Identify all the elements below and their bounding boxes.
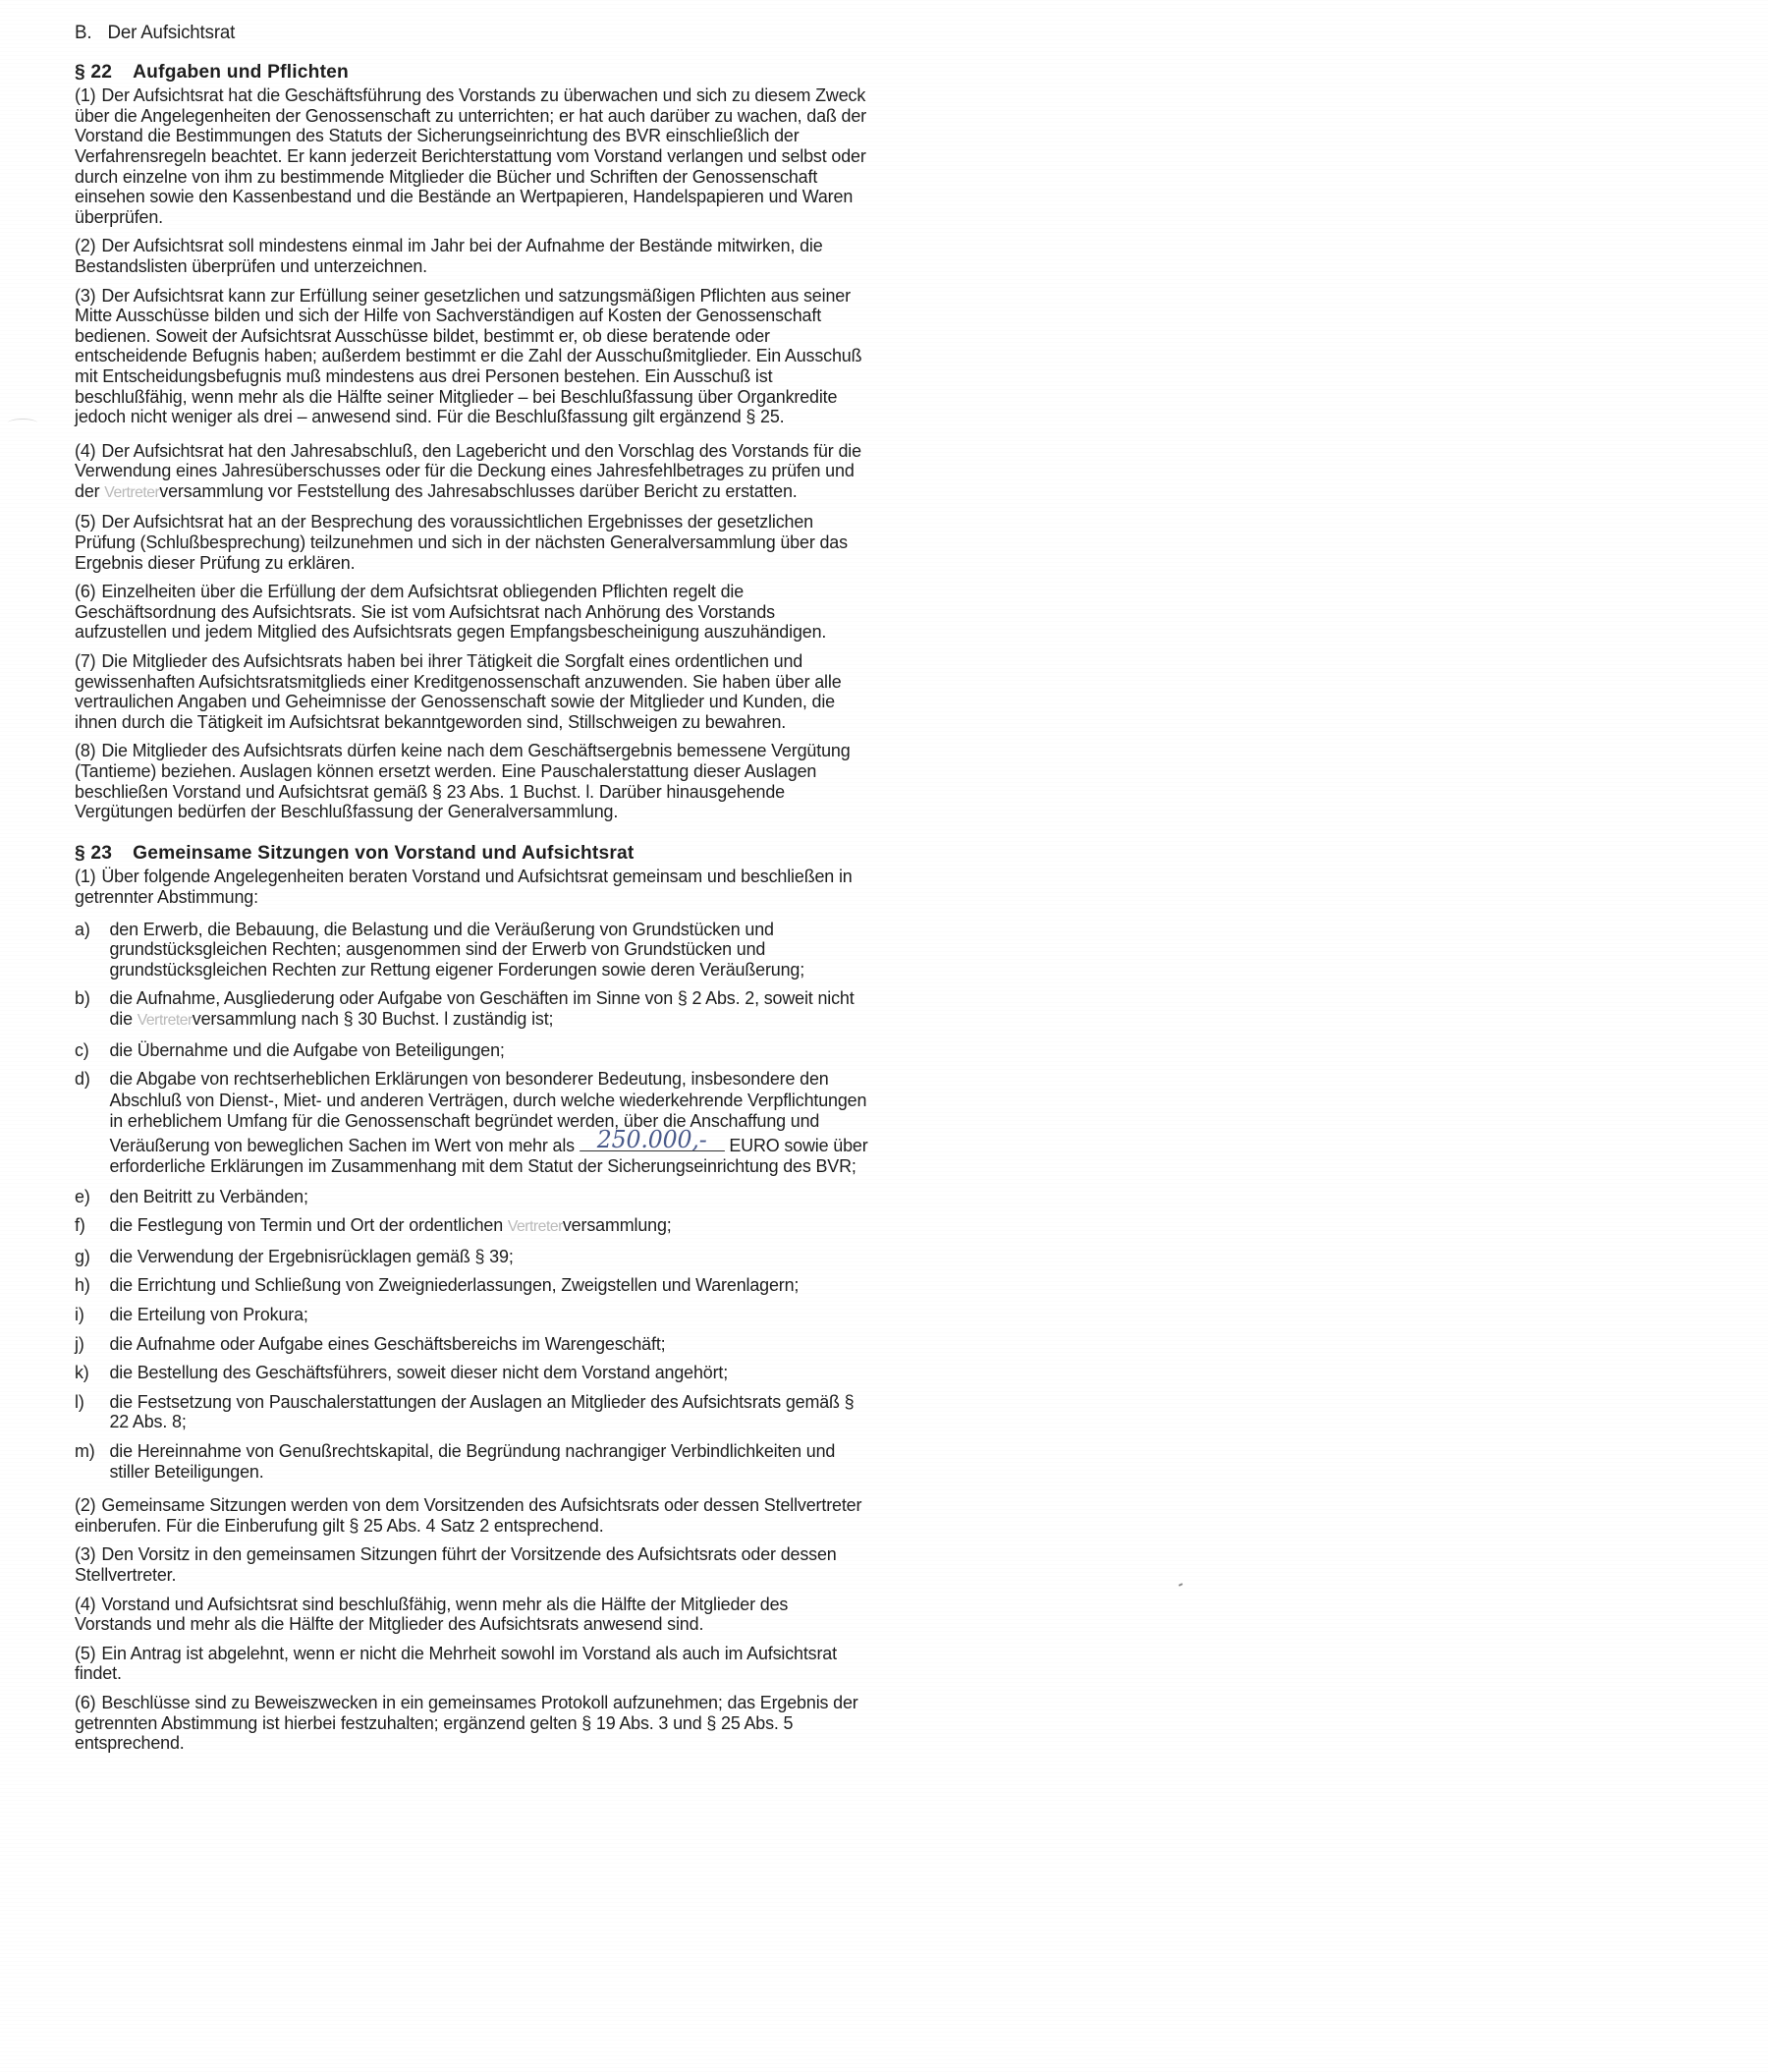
section-title: Gemeinsame Sitzungen von Vorstand und Au… [133, 842, 634, 864]
list-item-b: b) die Aufnahme, Ausgliederung oder Aufg… [75, 988, 868, 1031]
list-item-d: d) die Abgabe von rechtserheblichen Erkl… [75, 1069, 868, 1178]
section-title: Aufgaben und Pflichten [133, 61, 349, 83]
faded-overprint: Vertreter [104, 484, 159, 501]
list-item-c: c) die Übernahme und die Aufgabe von Bet… [75, 1040, 868, 1061]
part-letter: B. [75, 24, 107, 44]
faded-overprint: Vertreter [508, 1218, 563, 1235]
list-item-m: m) die Hereinnahme von Genußrechtskapita… [75, 1441, 868, 1482]
handwritten-amount: 250.000,- [580, 1129, 725, 1151]
s22-paragraph-8: (8)Die Mitglieder des Aufsichtsrats dürf… [75, 741, 868, 821]
s23-item-list: a) den Erwerb, die Bebauung, die Belastu… [75, 920, 868, 1483]
list-item-g: g) die Verwendung der Ergebnisrücklagen … [75, 1247, 868, 1267]
faded-overprint: Vertreter [138, 1012, 193, 1029]
list-item-h: h) die Errichtung und Schließung von Zwe… [75, 1275, 868, 1296]
s23-paragraph-4: (4)Vorstand und Aufsichtsrat sind beschl… [75, 1595, 868, 1635]
list-item-k: k) die Bestellung des Geschäftsführers, … [75, 1363, 868, 1383]
list-item-e: e) den Beitritt zu Verbänden; [75, 1187, 868, 1207]
s23-paragraph-2: (2)Gemeinsame Sitzungen werden von dem V… [75, 1495, 868, 1536]
s23-paragraph-6: (6)Beschlüsse sind zu Beweiszwecken in e… [75, 1693, 868, 1754]
list-item-a: a) den Erwerb, die Bebauung, die Belastu… [75, 920, 868, 980]
part-title: Der Aufsichtsrat [107, 23, 235, 43]
section-22-heading: § 22Aufgaben und Pflichten [75, 62, 868, 83]
s22-paragraph-2: (2)Der Aufsichtsrat soll mindestens einm… [75, 236, 868, 276]
margin-mark [8, 419, 37, 427]
s22-paragraph-7: (7)Die Mitglieder des Aufsichtsrats habe… [75, 651, 868, 732]
s22-paragraph-6: (6)Einzelheiten über die Erfüllung der d… [75, 582, 868, 643]
s22-paragraph-1: (1)Der Aufsichtsrat hat die Geschäftsfüh… [75, 85, 868, 227]
s22-paragraph-3: (3)Der Aufsichtsrat kann zur Erfüllung s… [75, 286, 868, 427]
s22-paragraph-5: (5)Der Aufsichtsrat hat an der Besprechu… [75, 512, 868, 573]
s22-paragraph-4: (4)Der Aufsichtsrat hat den Jahresabschl… [75, 441, 868, 504]
section-number: § 22 [75, 62, 133, 83]
document-page: B.Der Aufsichtsrat § 22Aufgaben und Pfli… [75, 24, 868, 1763]
section-23-heading: § 23Gemeinsame Sitzungen von Vorstand un… [75, 843, 868, 864]
list-item-l: l) die Festsetzung von Pauschalerstattun… [75, 1392, 868, 1432]
list-item-j: j) die Aufnahme oder Aufgabe eines Gesch… [75, 1334, 868, 1355]
section-number: § 23 [75, 843, 133, 864]
s23-paragraph-1-intro: (1)Über folgende Angelegenheiten beraten… [75, 867, 868, 907]
list-item-i: i) die Erteilung von Prokura; [75, 1305, 868, 1325]
s23-paragraph-3: (3)Den Vorsitz in den gemeinsamen Sitzun… [75, 1544, 868, 1585]
part-heading: B.Der Aufsichtsrat [75, 24, 868, 44]
list-item-f: f) die Festlegung von Termin und Ort der… [75, 1215, 868, 1238]
s23-paragraph-5: (5)Ein Antrag ist abgelehnt, wenn er nic… [75, 1644, 868, 1684]
